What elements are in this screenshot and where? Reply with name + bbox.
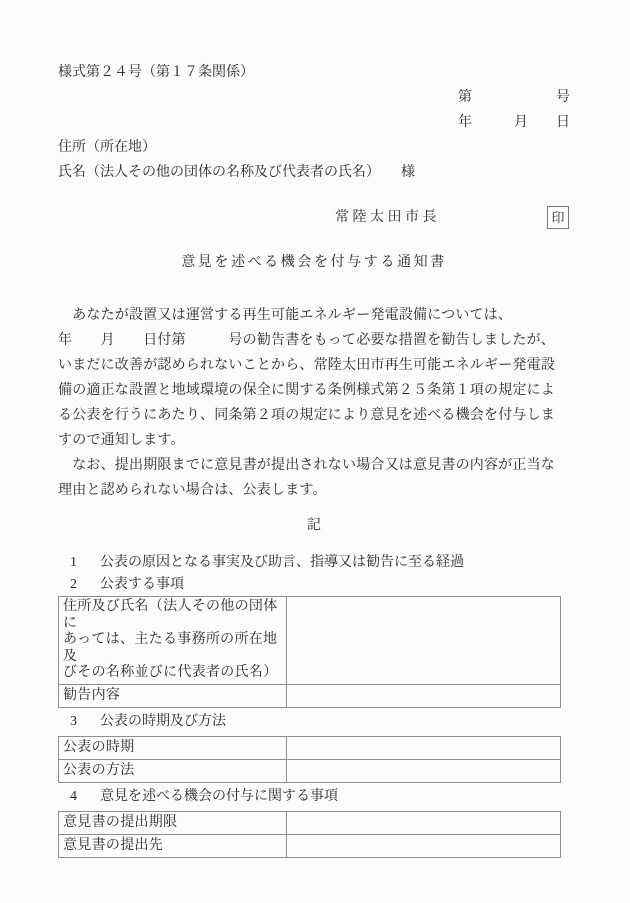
table-row: 公表の方法 <box>59 759 561 782</box>
form-number: 様式第２４号（第１７条関係） <box>58 60 570 85</box>
row-label-publish-method: 公表の方法 <box>59 759 287 782</box>
row-label-opinion-destination: 意見書の提出先 <box>59 834 287 857</box>
sender-row: 常陸太田市長 印 <box>58 205 570 230</box>
sender-name: 常陸太田市長 <box>335 210 440 225</box>
section-1-label: 公表の原因となる事実及び助言、指導又は勧告に至る経過 <box>100 555 464 570</box>
body-line: あなたが設置又は運営する再生可能エネルギー発電設備については、 <box>58 303 570 328</box>
address-line: 住所（所在地） <box>58 135 570 160</box>
date-line: 年 月 日 <box>58 110 570 135</box>
table-row: 住所及び氏名（法人その他の団体に あっては、主たる事務所の所在地及 びその名称並… <box>59 597 561 685</box>
section-4-label: 意見を述べる機会の付与に関する事項 <box>100 789 338 804</box>
body-line: すので通知します。 <box>58 428 570 453</box>
row-value-publish-timing <box>287 736 561 759</box>
table-row: 勧告内容 <box>59 684 561 707</box>
body-line: 備の適正な設置と地域環境の保全に関する条例様式第２５条第１項の規定によ <box>58 378 570 403</box>
row-label-address-name: 住所及び氏名（法人その他の団体に あっては、主たる事務所の所在地及 びその名称並… <box>59 597 287 685</box>
row-value-publish-method <box>287 759 561 782</box>
body-line: 理由と認められない場合は、公表します。 <box>58 478 570 503</box>
row-label-publish-timing: 公表の時期 <box>59 736 287 759</box>
row-label-recommendation: 勧告内容 <box>59 684 287 707</box>
section-2-number: 2 <box>70 574 100 596</box>
ki-heading: 記 <box>58 513 570 538</box>
document-content: 様式第２４号（第１７条関係） 第 号 年 月 日 住所（所在地） 氏名（法人その… <box>58 60 570 858</box>
row-value-address-name <box>287 597 561 685</box>
body-line: る公表を行うにあたり、同条第２項の規定により意見を述べる機会を付与しま <box>58 403 570 428</box>
section-1-number: 1 <box>70 552 100 574</box>
section-1-heading: 1公表の原因となる事実及び助言、指導又は勧告に至る経過 <box>58 552 570 574</box>
body-text: あなたが設置又は運営する再生可能エネルギー発電設備については、 年 月 日付第 … <box>58 303 570 503</box>
body-line: いまだに改善が認められないことから、常陸太田市再生可能エネルギー発電設 <box>58 353 570 378</box>
section-2-label: 公表する事項 <box>100 577 184 592</box>
row-value-opinion-deadline <box>287 811 561 834</box>
table-row: 意見書の提出先 <box>59 834 561 857</box>
section-3-heading: 3公表の時期及び方法 <box>58 711 570 733</box>
section-4-heading: 4意見を述べる機会の付与に関する事項 <box>58 786 570 808</box>
seal-placeholder: 印 <box>547 206 569 229</box>
section-3-label: 公表の時期及び方法 <box>100 714 226 729</box>
row-value-opinion-destination <box>287 834 561 857</box>
body-line: 年 月 日付第 号の勧告書をもって必要な措置を勧告しましたが、 <box>58 328 570 353</box>
table-row: 公表の時期 <box>59 736 561 759</box>
section-3-number: 3 <box>70 711 100 733</box>
row-label-opinion-deadline: 意見書の提出期限 <box>59 811 287 834</box>
row-value-recommendation <box>287 684 561 707</box>
opinion-table: 意見書の提出期限 意見書の提出先 <box>58 811 561 858</box>
document-page: 様式第２４号（第１７条関係） 第 号 年 月 日 住所（所在地） 氏名（法人その… <box>0 0 630 903</box>
timing-method-table: 公表の時期 公表の方法 <box>58 736 561 783</box>
publish-items-table: 住所及び氏名（法人その他の団体に あっては、主たる事務所の所在地及 びその名称並… <box>58 596 561 708</box>
document-title: 意見を述べる機会を付与する通知書 <box>58 250 570 275</box>
reference-number-line: 第 号 <box>58 85 570 110</box>
section-4-number: 4 <box>70 786 100 808</box>
addressee-line: 氏名（法人その他の団体の名称及び代表者の氏名） 様 <box>58 160 570 185</box>
body-line: なお、提出期限までに意見書が提出されない場合又は意見書の内容が正当な <box>58 453 570 478</box>
section-2-heading: 2公表する事項 <box>58 574 570 596</box>
table-row: 意見書の提出期限 <box>59 811 561 834</box>
